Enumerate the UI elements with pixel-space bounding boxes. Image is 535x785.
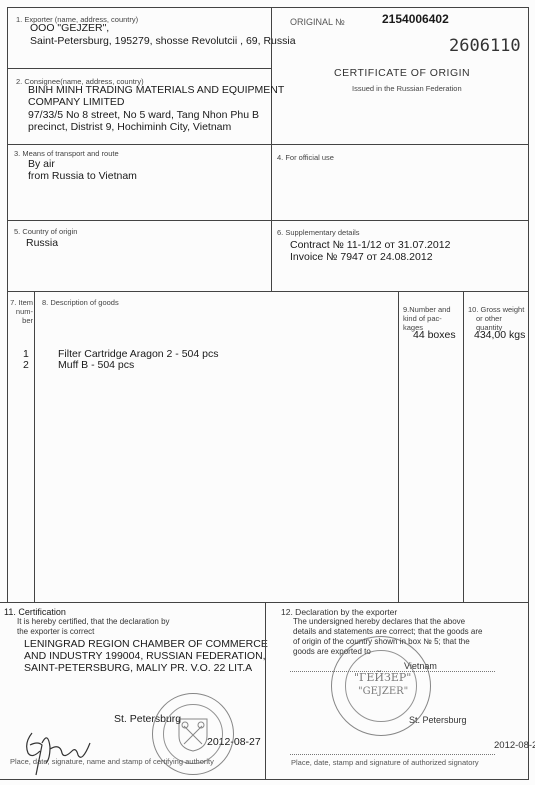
packages-header: 9.Number and kind of pac- kages (403, 305, 451, 332)
gross-weight-value: 434,00 kgs (474, 329, 525, 341)
transport-label: 3. Means of transport and route (14, 149, 119, 158)
header-box: ORIGINAL № 2154006402 2606110 CERTIFICAT… (271, 7, 529, 145)
transport-route: from Russia to Vietnam (28, 170, 137, 182)
original-number: 2154006402 (382, 13, 449, 25)
certifying-org-line3: SAINT-PETERSBURG, MALIY PR. V.O. 22 LIT.… (24, 662, 252, 674)
supplementary-label: 6. Supplementary details (277, 228, 360, 237)
country-origin-value: Russia (26, 237, 58, 249)
declaration-footer: Place, date, stamp and signature of auth… (291, 758, 479, 768)
certification-text2: the exporter is correct (17, 627, 94, 637)
certificate-title: CERTIFICATE OF ORIGIN (334, 67, 470, 79)
invoice-reference: Invoice № 7947 от 24.08.2012 (290, 251, 433, 263)
box-exporter: 1. Exporter (name, address, country) OOO… (7, 7, 272, 69)
company-stamp: "ГЕЙЗЕР" "GEJZER" (331, 636, 431, 736)
declaration-label: 12. Declaration by the exporter (281, 607, 397, 617)
original-label: ORIGINAL № (290, 18, 345, 27)
contract-reference: Contract № 11-1/12 от 31.07.2012 (290, 239, 450, 251)
country-origin-label: 5. Country of origin (14, 227, 77, 236)
col-divider-8-9 (398, 292, 399, 603)
transport-mode: By air (28, 158, 55, 170)
certifying-org-line1: LENINGRAD REGION CHAMBER OF COMMERCE (24, 638, 268, 650)
box-country-of-origin: 5. Country of origin Russia (7, 220, 272, 292)
box-official-use: 4. For official use (271, 144, 529, 221)
gross-weight-header: 10. Gross weight or other quantity (468, 305, 524, 332)
box-declaration: 12. Declaration by the exporter The unde… (265, 602, 529, 780)
certification-text1: It is hereby certified, that the declara… (17, 617, 170, 627)
box-certification: 11. Certification It is hereby certified… (0, 602, 266, 780)
company-stamp-name-en: "GEJZER" (358, 686, 408, 698)
col-divider-9-10 (463, 292, 464, 603)
chamber-stamp (152, 693, 234, 775)
consignee-name-line2: COMPANY LIMITED (28, 96, 124, 108)
company-stamp-name-ru: "ГЕЙЗЕР" (354, 672, 411, 684)
signature-certifier (20, 723, 100, 778)
declaration-text1: The undersigned hereby declares that the… (293, 617, 465, 627)
box-consignee: 2. Consignee(name, address, country) BIN… (7, 68, 272, 145)
item-number-header: 7. Item num- ber (9, 298, 33, 325)
item-description: Muff B - 504 pcs (58, 359, 134, 371)
consignee-name-line1: BINH MINH TRADING MATERIALS AND EQUIPMEN… (28, 84, 284, 96)
description-header: 8. Description of goods (42, 298, 119, 307)
goods-table: 7. Item num- ber 8. Description of goods… (7, 291, 529, 603)
certificate-of-origin-page: 1. Exporter (name, address, country) OOO… (0, 0, 535, 785)
consignee-address-line1: 97/33/5 No 8 street, No 5 ward, Tang Nho… (28, 109, 259, 121)
box-supplementary: 6. Supplementary details Contract № 11-1… (271, 220, 529, 292)
consignee-address-line2: precinct, Distrist 9, Hochiminh City, Vi… (28, 121, 231, 133)
declaration-date: 2012-08-2 (494, 741, 535, 751)
col-divider-7-8 (34, 292, 35, 603)
certificate-subtitle: Issued in the Russian Federation (352, 83, 462, 95)
form-number: 2606110 (449, 36, 521, 56)
coat-of-arms-icon (176, 716, 210, 752)
certifying-org-line2: AND INDUSTRY 199004, RUSSIAN FEDERATION, (24, 650, 266, 662)
item-number: 2 (23, 359, 29, 371)
official-use-label: 4. For official use (277, 153, 334, 162)
packages-value: 44 boxes (413, 329, 456, 341)
exporter-name: OOO "GEJZER", (30, 22, 109, 34)
dotted-line-signatory (290, 754, 495, 755)
exporter-address: Saint-Petersburg, 195279, shosse Revolut… (30, 35, 296, 47)
box-transport: 3. Means of transport and route By air f… (7, 144, 272, 221)
